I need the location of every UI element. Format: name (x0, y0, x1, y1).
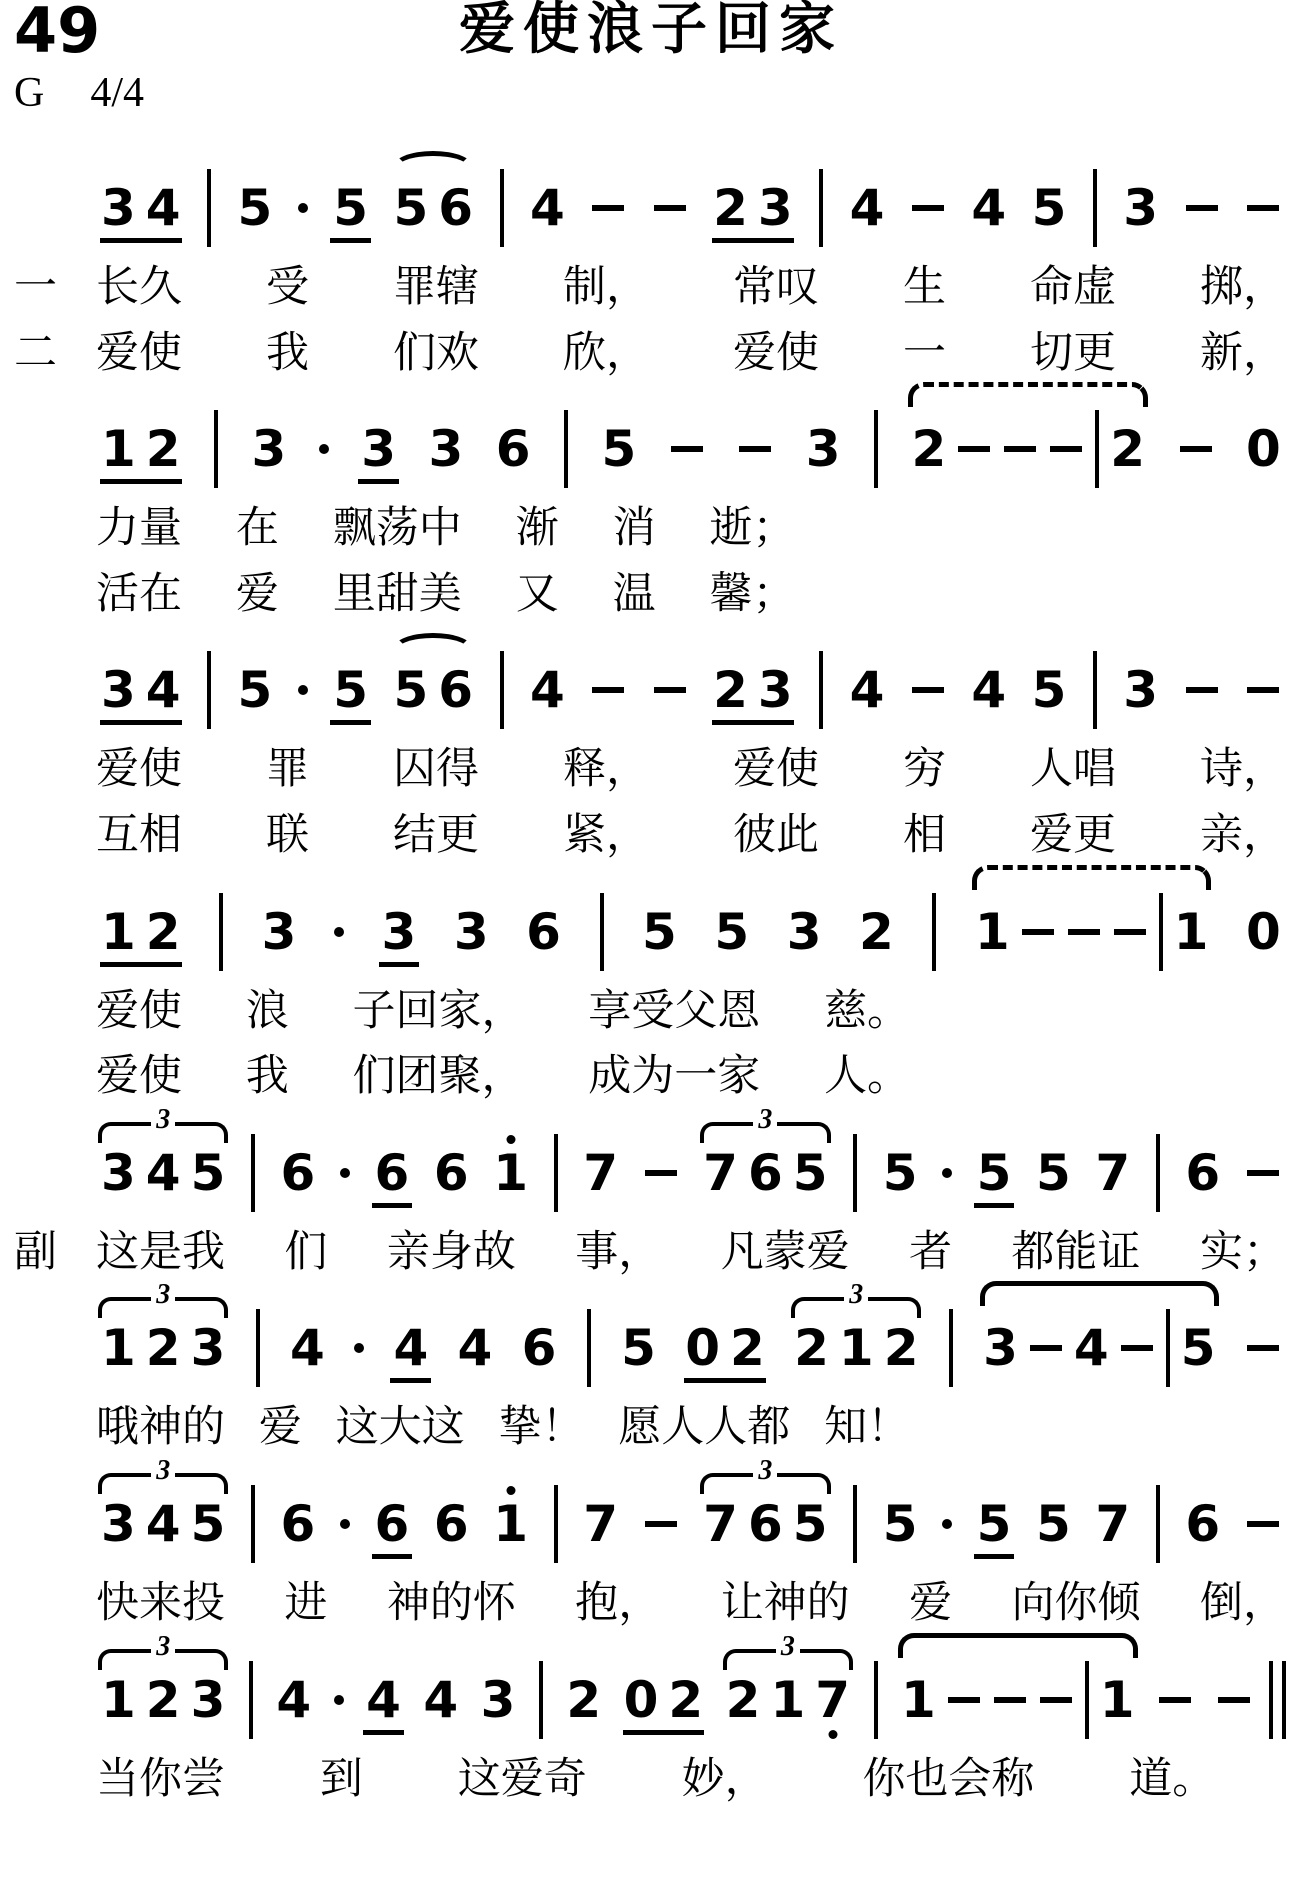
notation-row: 12333653220 (96, 409, 1286, 489)
note: 3 (1118, 665, 1163, 715)
note: 5 (328, 183, 373, 233)
notation-row: 3455564234453 (96, 168, 1286, 248)
duration-dash (912, 205, 944, 211)
barline (853, 1134, 857, 1212)
lyric-syllable: 逝； (710, 503, 796, 555)
note: 4 (141, 1148, 186, 1198)
barline (251, 1485, 255, 1563)
duration-dash (1004, 446, 1036, 452)
augmentation-dot (354, 1343, 364, 1353)
underline-group: 02 (680, 1323, 770, 1373)
tie-group: 11 (896, 1661, 1140, 1739)
note: 2 (789, 1323, 834, 1373)
note: 6 (521, 907, 566, 957)
duration-dash (1218, 1697, 1250, 1703)
note: 6 (370, 1499, 415, 1549)
duration-dash (739, 446, 771, 452)
note: 5 (788, 1499, 833, 1549)
note: 4 (1069, 1323, 1114, 1373)
lyric-syllable: 制， (563, 262, 649, 314)
score-line: 12334443202217311当你尝到这爱奇妙，你也会称道。 (0, 1660, 1302, 1806)
note: 2 (725, 1323, 770, 1373)
augmentation-dot (340, 1168, 350, 1178)
lyric-syllable: 知！ (824, 1402, 910, 1454)
lyric-syllable: 亲身故 (387, 1227, 516, 1279)
lyrics-row: 爱使浪子回家，享受父恩慈。 (14, 986, 1286, 1038)
note: 6 (743, 1148, 788, 1198)
note: 3 (96, 665, 141, 715)
lyric-syllable: 飘荡中 (333, 503, 462, 555)
underline-group: 34 (96, 665, 186, 715)
note: 5 (233, 183, 278, 233)
duration-dash (1159, 1697, 1191, 1703)
note: 1 (1169, 907, 1214, 957)
lyric-syllable: 这是我 (96, 1227, 225, 1279)
lyric-syllable: 倒， (1200, 1578, 1286, 1630)
note: 6 (276, 1148, 321, 1198)
tuplet-number: 3 (151, 1106, 175, 1134)
underline-group: 23 (708, 183, 798, 233)
lyric-syllable: 爱更 (1030, 810, 1116, 862)
lyric-syllable: 爱使 (96, 328, 182, 380)
underline-group: 34 (96, 183, 186, 233)
note: 5 (637, 907, 682, 957)
lyric-syllable: 这大这 (336, 1402, 465, 1454)
note: 4 (141, 1499, 186, 1549)
note: 2 (141, 424, 186, 474)
lyrics-row: 活在爱里甜美又温馨； (14, 569, 1286, 621)
lyrics-row: 爱使我们团聚，成为一家人。 (14, 1051, 1286, 1103)
duration-dash (654, 687, 686, 693)
note: 5 (709, 907, 754, 957)
note: 5 (1031, 1499, 1076, 1549)
tuplet-number: 3 (776, 1633, 800, 1661)
lyrics-cells: 当你尝到这爱奇妙，你也会称道。 (96, 1754, 1215, 1806)
augmentation-dot (298, 203, 308, 213)
note: 1 (488, 1499, 533, 1549)
barline (874, 410, 878, 488)
note: 7 (578, 1499, 623, 1549)
note: 3 (186, 1323, 231, 1373)
note: 5 (1031, 1148, 1076, 1198)
lyric-syllable: 掷， (1200, 262, 1286, 314)
note: 3 (96, 1499, 141, 1549)
lyric-syllable: 成为一家 (588, 1051, 760, 1103)
lyric-syllable: 穷 (903, 744, 946, 796)
tuplet-number: 3 (151, 1457, 175, 1485)
note: 3 (978, 1323, 1023, 1373)
lyric-syllable: 互相 (96, 810, 182, 862)
note: 1 (765, 1675, 810, 1725)
lyric-syllable: 你也会称 (862, 1754, 1034, 1806)
note: 6 (433, 665, 478, 715)
barline (932, 893, 936, 971)
note: 2 (141, 907, 186, 957)
lyric-syllable: 者 (909, 1227, 952, 1279)
lyric-syllable: 诗， (1200, 744, 1286, 796)
duration-dash (1247, 1170, 1279, 1176)
lyric-syllable: 长久 (96, 262, 182, 314)
note: 1 (488, 1148, 533, 1198)
lyric-syllable: 都能证 (1012, 1227, 1141, 1279)
underline-group: 02 (619, 1675, 709, 1725)
lyric-syllable: 爱使 (733, 328, 819, 380)
note: 6 (276, 1499, 321, 1549)
lyric-syllable: 子回家， (353, 986, 525, 1038)
duration-dash (592, 687, 624, 693)
note: 1 (96, 907, 141, 957)
note: 7 (578, 1148, 623, 1198)
note: 4 (271, 1675, 316, 1725)
duration-dash (948, 1697, 980, 1703)
verse-marker: 副 (14, 1227, 96, 1279)
lyrics-row: 快来投进神的怀抱，让神的爱向你倾倒， (14, 1578, 1286, 1630)
score-line: 345366617765355576快来投进神的怀抱，让神的爱向你倾倒， (0, 1484, 1302, 1630)
barline (256, 1309, 260, 1387)
note: 5 (972, 1148, 1017, 1198)
lyric-syllable: 消 (613, 503, 656, 555)
lyrics-row: 二爱使我们欢欣，爱使一切更新， (14, 328, 1286, 380)
lyric-syllable: 我 (266, 328, 309, 380)
underline-group: 12 (96, 907, 186, 957)
lyric-syllable: 联 (266, 810, 309, 862)
barline (207, 651, 211, 729)
augmentation-dot (298, 685, 308, 695)
duration-dash (1247, 1521, 1279, 1527)
barline (600, 893, 604, 971)
duration-dash (912, 687, 944, 693)
lyric-syllable: 享受父恩 (588, 986, 760, 1038)
note: 0 (1241, 424, 1286, 474)
lyric-syllable: 爱 (909, 1578, 952, 1630)
lyric-syllable: 释， (563, 744, 649, 796)
lyric-syllable: 哦神的 (96, 1402, 225, 1454)
note: 6 (429, 1499, 474, 1549)
barline (874, 1661, 878, 1739)
note: 3 (257, 907, 302, 957)
note: 5 (186, 1148, 231, 1198)
note: 2 (141, 1323, 186, 1373)
duration-dash (1247, 205, 1279, 211)
verse-marker: 一 (14, 262, 96, 314)
note: 5 (233, 665, 278, 715)
note: 5 (788, 1148, 833, 1198)
duration-dash (1186, 205, 1218, 211)
duration-dash (592, 205, 624, 211)
barline (500, 169, 504, 247)
note: 5 (388, 183, 433, 233)
score-line: 1233365532110爱使浪子回家，享受父恩慈。爱使我们团聚，成为一家人。 (0, 892, 1302, 1103)
note: 3 (186, 1675, 231, 1725)
barline (949, 1309, 953, 1387)
barline (1085, 1661, 1089, 1739)
note: 3 (377, 907, 422, 957)
lyric-syllable: 力量 (96, 503, 182, 555)
lyric-syllable: 凡蒙爱 (721, 1227, 850, 1279)
slur-group: 56 (388, 665, 478, 715)
duration-dash (1247, 1345, 1279, 1351)
verse-marker: 二 (14, 328, 96, 380)
note: 6 (429, 1148, 474, 1198)
note: 4 (418, 1675, 463, 1725)
barline (251, 1134, 255, 1212)
note: 4 (966, 665, 1011, 715)
lyrics-row: 互相联结更紧，彼此相爱更亲， (14, 810, 1286, 862)
notation-row: 345366617765355576 (96, 1133, 1286, 1213)
triplet-group: 1233 (96, 1675, 230, 1725)
note: 4 (966, 183, 1011, 233)
lyric-syllable: 爱 (236, 569, 279, 621)
duration-dash (994, 1697, 1026, 1703)
lyric-syllable: 馨； (710, 569, 796, 621)
duration-dash (1114, 929, 1146, 935)
note: 6 (370, 1148, 415, 1198)
note: 5 (1027, 665, 1072, 715)
note: 0 (680, 1323, 725, 1373)
lyric-syllable: 到 (320, 1754, 363, 1806)
lyric-syllable: 抱， (575, 1578, 661, 1630)
note: 2 (1105, 424, 1150, 474)
note: 3 (782, 907, 827, 957)
triplet-group: 7653 (698, 1499, 832, 1549)
lyric-syllable: 们团聚， (353, 1051, 525, 1103)
barline (587, 1309, 591, 1387)
lyrics-cells: 爱使我们欢欣，爱使一切更新， (96, 328, 1286, 380)
barline (249, 1661, 253, 1739)
tuplet-number: 3 (151, 1633, 175, 1661)
note: 4 (845, 665, 890, 715)
lyrics-cells: 爱使浪子回家，享受父恩慈。 (96, 986, 910, 1038)
lyric-syllable: 浪 (246, 986, 289, 1038)
key-signature-row: G4/4 (14, 72, 144, 114)
duration-dash (671, 446, 703, 452)
tuplet-number: 3 (753, 1106, 777, 1134)
sheet-music-page: 49 爱使浪子回家 G4/4 3455564234453一长久受罪辖制，常叹生命… (0, 0, 1302, 1891)
lyric-syllable: 又 (516, 569, 559, 621)
slur-group: 56 (388, 183, 478, 233)
score: 3455564234453一长久受罪辖制，常叹生命虚掷，二爱使我们欢欣，爱使一切… (0, 132, 1302, 1805)
lyric-syllable: 一 (903, 328, 946, 380)
augmentation-dot (334, 1695, 344, 1705)
lyrics-row: 副这是我们亲身故事，凡蒙爱者都能证实； (14, 1227, 1286, 1279)
augmentation-dot (340, 1519, 350, 1529)
score-line: 12333653220力量在飘荡中渐消逝；活在爱里甜美又温馨； (0, 409, 1302, 620)
lyric-syllable: 爱使 (733, 744, 819, 796)
barline (564, 410, 568, 488)
duration-dash (1180, 446, 1212, 452)
lyric-syllable: 彼此 (733, 810, 819, 862)
lyric-syllable: 结更 (393, 810, 479, 862)
note: 7 (810, 1675, 855, 1725)
note: 7 (1090, 1148, 1135, 1198)
note: 3 (96, 1148, 141, 1198)
triplet-group: 3453 (96, 1148, 230, 1198)
barline (1166, 1309, 1170, 1387)
lyric-syllable: 这爱奇 (458, 1754, 587, 1806)
note: 4 (525, 183, 570, 233)
lyric-syllable: 温 (613, 569, 656, 621)
duration-dash (1030, 1345, 1062, 1351)
augmentation-dot (334, 927, 344, 937)
final-barline-right (1282, 1661, 1286, 1739)
lyric-syllable: 命虚 (1030, 262, 1116, 314)
score-line: 345366617765355576副这是我们亲身故事，凡蒙爱者都能证实； (0, 1133, 1302, 1279)
tuplet-number: 3 (151, 1281, 175, 1309)
final-barline-left (1269, 1661, 1273, 1739)
lyric-syllable: 进 (284, 1578, 327, 1630)
note: 5 (616, 1323, 661, 1373)
note: 3 (1118, 183, 1163, 233)
duration-dash (1040, 1697, 1072, 1703)
header: 49 爱使浪子回家 G4/4 (0, 0, 1302, 132)
notation-row: 345366617765355576 (96, 1484, 1286, 1564)
tied-group: 11 (970, 893, 1214, 971)
barline (1095, 410, 1099, 488)
note: 0 (1241, 907, 1286, 957)
note: 3 (356, 424, 401, 474)
note: 2 (561, 1675, 606, 1725)
score-line: 3455564234453一长久受罪辖制，常叹生命虚掷，二爱使我们欢欣，爱使一切… (0, 168, 1302, 379)
note: 2 (879, 1323, 924, 1373)
song-title: 爱使浪子回家 (0, 2, 1302, 58)
lyrics-row: 爱使罪囚得释，爱使穷人唱诗， (14, 744, 1286, 796)
lyric-syllable: 相 (903, 810, 946, 862)
lyric-syllable: 当你尝 (96, 1754, 225, 1806)
note: 6 (491, 424, 536, 474)
note: 4 (285, 1323, 330, 1373)
barline (214, 410, 218, 488)
lyric-syllable: 道。 (1129, 1754, 1215, 1806)
score-line: 3455564234453爱使罪囚得释，爱使穷人唱诗，互相联结更紧，彼此相爱更亲… (0, 650, 1302, 861)
lyric-syllable: 妙， (682, 1754, 768, 1806)
lyric-syllable: 罪辖 (393, 262, 479, 314)
lyric-syllable: 在 (236, 503, 279, 555)
note: 2 (708, 665, 753, 715)
note: 5 (186, 1499, 231, 1549)
note: 5 (388, 665, 433, 715)
note: 3 (476, 1675, 521, 1725)
final-barline (1269, 1661, 1286, 1739)
notation-row: 123344465022123345 (96, 1308, 1286, 1388)
lyric-syllable: 事， (575, 1227, 661, 1279)
note: 4 (388, 1323, 433, 1373)
note: 3 (449, 907, 494, 957)
lyric-syllable: 快来投 (96, 1578, 225, 1630)
triplet-group: 3453 (96, 1499, 230, 1549)
note: 7 (1090, 1499, 1135, 1549)
note: 3 (247, 424, 292, 474)
note: 5 (328, 665, 373, 715)
note: 6 (433, 183, 478, 233)
augmentation-dot (319, 444, 329, 454)
lyric-syllable: 神的怀 (387, 1578, 516, 1630)
duration-dash (958, 446, 990, 452)
note: 5 (597, 424, 642, 474)
lyric-syllable: 爱使 (96, 1051, 182, 1103)
duration-dash (1247, 687, 1279, 693)
note: 4 (453, 1323, 498, 1373)
lyric-syllable: 们欢 (393, 328, 479, 380)
lyrics-cells: 这是我们亲身故事，凡蒙爱者都能证实； (96, 1227, 1286, 1279)
barline (853, 1485, 857, 1563)
lyric-syllable: 人唱 (1030, 744, 1116, 796)
notation-row: 3455564234453 (96, 650, 1286, 730)
barline (207, 169, 211, 247)
tuplet-number: 3 (753, 1457, 777, 1485)
note: 2 (906, 424, 951, 474)
lyric-syllable: 向你倾 (1012, 1578, 1141, 1630)
note: 5 (878, 1499, 923, 1549)
note: 5 (972, 1499, 1017, 1549)
lyrics-cells: 哦神的爱这大这挚！愿人人都知！ (96, 1402, 910, 1454)
lyrics-cells: 互相联结更紧，彼此相爱更亲， (96, 810, 1286, 862)
note: 3 (753, 183, 798, 233)
barline (539, 1661, 543, 1739)
tied-group: 22 (906, 410, 1150, 488)
duration-dash (1121, 1345, 1153, 1351)
note: 4 (525, 665, 570, 715)
lyrics-cells: 爱使我们团聚，成为一家人。 (96, 1051, 910, 1103)
triplet-group: 2173 (721, 1675, 855, 1725)
lyric-syllable: 爱使 (96, 986, 182, 1038)
note: 3 (753, 665, 798, 715)
tuplet-number: 3 (844, 1281, 868, 1309)
lyric-syllable: 活在 (96, 569, 182, 621)
lyric-syllable: 生 (903, 262, 946, 314)
notation-row: 12334443202217311 (96, 1660, 1286, 1740)
lyric-syllable: 慈。 (824, 986, 910, 1038)
lyric-syllable: 囚得 (393, 744, 479, 796)
barline (819, 651, 823, 729)
note: 4 (845, 183, 890, 233)
lyric-syllable: 愿人人都 (618, 1402, 790, 1454)
duration-dash (1186, 687, 1218, 693)
note: 0 (619, 1675, 664, 1725)
barline (554, 1134, 558, 1212)
lyric-syllable: 渐 (516, 503, 559, 555)
duration-dash (645, 1170, 677, 1176)
key-signature: G (14, 70, 44, 116)
lyrics-cells: 快来投进神的怀抱，让神的爱向你倾倒， (96, 1578, 1286, 1630)
lyric-syllable: 受 (266, 262, 309, 314)
barline (219, 893, 223, 971)
lyric-syllable: 人。 (824, 1051, 910, 1103)
barline (500, 651, 504, 729)
note: 2 (854, 907, 899, 957)
note: 1 (896, 1675, 941, 1725)
lyrics-cells: 活在爱里甜美又温馨； (96, 569, 796, 621)
underline-group: 23 (708, 665, 798, 715)
lyrics-cells: 爱使罪囚得释，爱使穷人唱诗， (96, 744, 1286, 796)
lyrics-row: 力量在飘荡中渐消逝； (14, 503, 1286, 555)
duration-dash (1022, 929, 1054, 935)
note: 7 (698, 1499, 743, 1549)
note: 2 (141, 1675, 186, 1725)
note: 6 (517, 1323, 562, 1373)
lyric-syllable: 新， (1200, 328, 1286, 380)
notation-row: 1233365532110 (96, 892, 1286, 972)
duration-dash (1068, 929, 1100, 935)
lyric-syllable: 让神的 (721, 1578, 850, 1630)
note: 1 (970, 907, 1015, 957)
note: 1 (96, 1675, 141, 1725)
note: 6 (743, 1499, 788, 1549)
triplet-group: 7653 (698, 1148, 832, 1198)
lyric-syllable: 里甜美 (333, 569, 462, 621)
tie-group: 345 (978, 1309, 1220, 1387)
duration-dash (654, 205, 686, 211)
note: 3 (424, 424, 469, 474)
